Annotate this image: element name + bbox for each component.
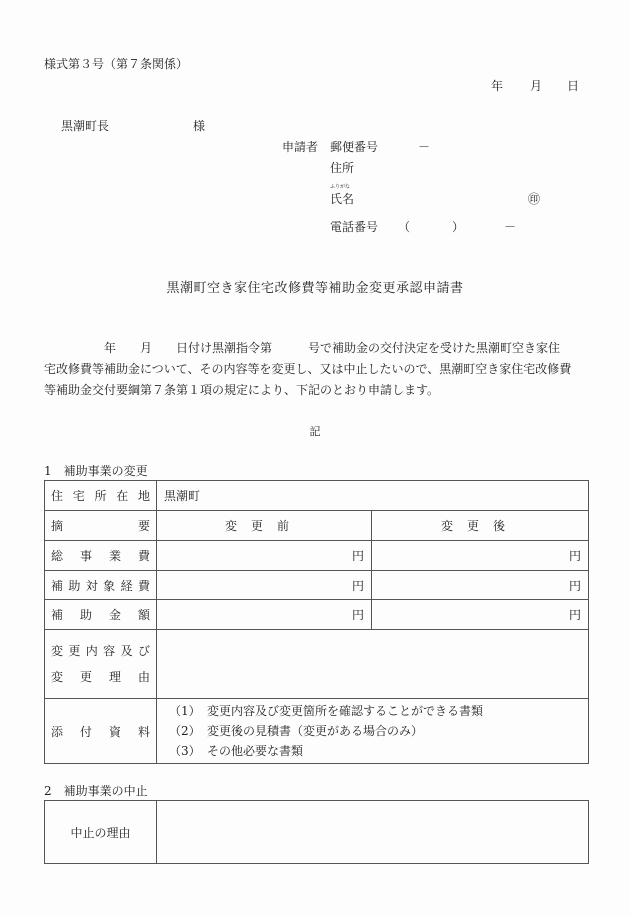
label-char: 在 <box>116 487 128 504</box>
label-char: 対 <box>86 577 98 594</box>
item-text: 変更内容及び変更箇所を確認することができる書類 <box>207 704 483 718</box>
total-cost-label-cell: 総 事 業 費 <box>45 541 157 571</box>
cancellation-table: 中止の理由 <box>44 800 589 864</box>
label-char: 理 <box>109 664 121 690</box>
label-char: 容 <box>103 638 115 664</box>
subsidy-amount-row: 補 助 金 額 円 円 <box>45 600 589 630</box>
postal-code-dash: － <box>418 138 430 155</box>
label-char: 摘 <box>51 517 63 534</box>
phone-dash: － <box>504 218 516 235</box>
label-char: 業 <box>109 547 121 564</box>
eligible-cost-label-cell: 補 助 対 象 経 費 <box>45 571 157 600</box>
total-cost-row: 総 事 業 費 円 円 <box>45 541 589 571</box>
label-char: 補 <box>51 606 63 623</box>
label-char: 料 <box>138 723 150 740</box>
cancellation-reason-label: 中止の理由 <box>45 801 157 864</box>
label-char: 内 <box>86 638 98 664</box>
change-reason-label-cell: 変 更 内 容 及 び 変 更 理 由 <box>45 630 157 699</box>
section2-heading: 2 補助事業の中止 <box>44 782 148 799</box>
label-char: 象 <box>103 577 115 594</box>
date-month-label: 月 <box>530 77 542 94</box>
label-char: 変 <box>51 664 63 690</box>
address-row: 住 宅 所 在 地 黒潮町 <box>45 481 589 511</box>
eligible-cost-after-field[interactable]: 円 <box>372 571 589 600</box>
label-char: 事 <box>80 547 92 564</box>
ki-heading: 記 <box>0 423 630 439</box>
form-number: 様式第３号（第７条関係） <box>44 55 188 72</box>
change-table: 住 宅 所 在 地 黒潮町 摘 要 変更前 変更後 総 事 業 費 <box>44 480 589 764</box>
label-char: 更 <box>68 638 80 664</box>
body-line-3: 等補助金交付要綱第７条第１項の規定により、下記のとおり申請します。 <box>44 380 592 401</box>
body-paragraph: 年 月 日付け黒潮指令第 号で補助金の交付決定を受けた黒潮町空き家住 宅改修費等… <box>44 338 592 401</box>
label-char: 付 <box>80 723 92 740</box>
label-char: 所 <box>94 487 106 504</box>
before-change-header: 変更前 <box>157 511 372 541</box>
item-text: 変更後の見積書（変更がある場合のみ） <box>207 724 423 738</box>
label-char: 助 <box>80 606 92 623</box>
honorific: 様 <box>193 117 205 134</box>
label-char: 費 <box>138 547 150 564</box>
subsidy-amount-before-field[interactable]: 円 <box>157 600 372 630</box>
address-label: 住所 <box>330 159 354 176</box>
summary-label-cell: 摘 要 <box>45 511 157 541</box>
summary-row: 摘 要 変更前 変更後 <box>45 511 589 541</box>
cancellation-reason-row: 中止の理由 <box>45 801 589 864</box>
change-reason-field[interactable] <box>157 630 589 699</box>
address-value-field[interactable]: 黒潮町 <box>157 481 589 511</box>
label-char: 費 <box>138 577 150 594</box>
label-char: 要 <box>138 517 150 534</box>
eligible-cost-before-field[interactable]: 円 <box>157 571 372 600</box>
label-char: 経 <box>121 577 133 594</box>
seal-mark: ㊞ <box>528 190 540 207</box>
after-change-header: 変更後 <box>372 511 589 541</box>
attachment-item: （1）変更内容及び変更箇所を確認することができる書類 <box>169 701 588 721</box>
label-char: 由 <box>138 664 150 690</box>
body-line-1: 年 月 日付け黒潮指令第 号で補助金の交付決定を受けた黒潮町空き家住 <box>44 338 592 359</box>
address-label-cell: 住 宅 所 在 地 <box>45 481 157 511</box>
attachments-list: （1）変更内容及び変更箇所を確認することができる書類 （2）変更後の見積書（変更… <box>157 699 589 764</box>
item-number: （2） <box>169 721 207 741</box>
label-char: 助 <box>68 577 80 594</box>
furigana-label: ふりがな <box>330 183 350 190</box>
date-day-label: 日 <box>567 77 579 94</box>
attachments-label-cell: 添 付 資 料 <box>45 699 157 764</box>
applicant-label: 申請者 <box>282 138 318 155</box>
attachments-row: 添 付 資 料 （1）変更内容及び変更箇所を確認することができる書類 （2）変更… <box>45 699 589 764</box>
attachment-item: （3）その他必要な書類 <box>169 741 588 761</box>
cancellation-reason-field[interactable] <box>157 801 589 864</box>
label-char: 補 <box>51 577 63 594</box>
item-number: （3） <box>169 741 207 761</box>
subsidy-amount-label-cell: 補 助 金 額 <box>45 600 157 630</box>
label-char: 額 <box>138 606 150 623</box>
eligible-cost-row: 補 助 対 象 経 費 円 円 <box>45 571 589 600</box>
document-title: 黒潮町空き家住宅改修費等補助金変更承認申請書 <box>0 277 630 296</box>
label-char: 宅 <box>73 487 85 504</box>
total-cost-before-field[interactable]: 円 <box>157 541 372 571</box>
label-char: 総 <box>51 547 63 564</box>
change-reason-row: 変 更 内 容 及 び 変 更 理 由 <box>45 630 589 699</box>
subsidy-amount-after-field[interactable]: 円 <box>372 600 589 630</box>
label-char: 更 <box>80 664 92 690</box>
label-char: び <box>138 638 150 664</box>
label-char: 地 <box>138 487 150 504</box>
section1-heading: 1 補助事業の変更 <box>44 462 148 479</box>
label-char: 変 <box>51 638 63 664</box>
date-year-label: 年 <box>491 77 503 94</box>
total-cost-after-field[interactable]: 円 <box>372 541 589 571</box>
body-line-2: 宅改修費等補助金について、その内容等を変更し、又は中止したいので、黒潮町空き家住… <box>44 359 592 380</box>
attachment-item: （2）変更後の見積書（変更がある場合のみ） <box>169 721 588 741</box>
item-text: その他必要な書類 <box>207 744 303 758</box>
addressee: 黒潮町長 <box>61 117 109 134</box>
phone-open-paren: （ <box>398 218 410 235</box>
phone-close-paren: ） <box>452 218 464 235</box>
item-number: （1） <box>169 701 207 721</box>
label-char: 添 <box>51 723 63 740</box>
label-char: 資 <box>109 723 121 740</box>
postal-code-label: 郵便番号 <box>330 138 378 155</box>
label-char: 住 <box>51 487 63 504</box>
phone-label: 電話番号 <box>330 218 378 235</box>
name-label: 氏名 <box>330 190 354 207</box>
label-char: 金 <box>109 606 121 623</box>
label-char: 及 <box>121 638 133 664</box>
